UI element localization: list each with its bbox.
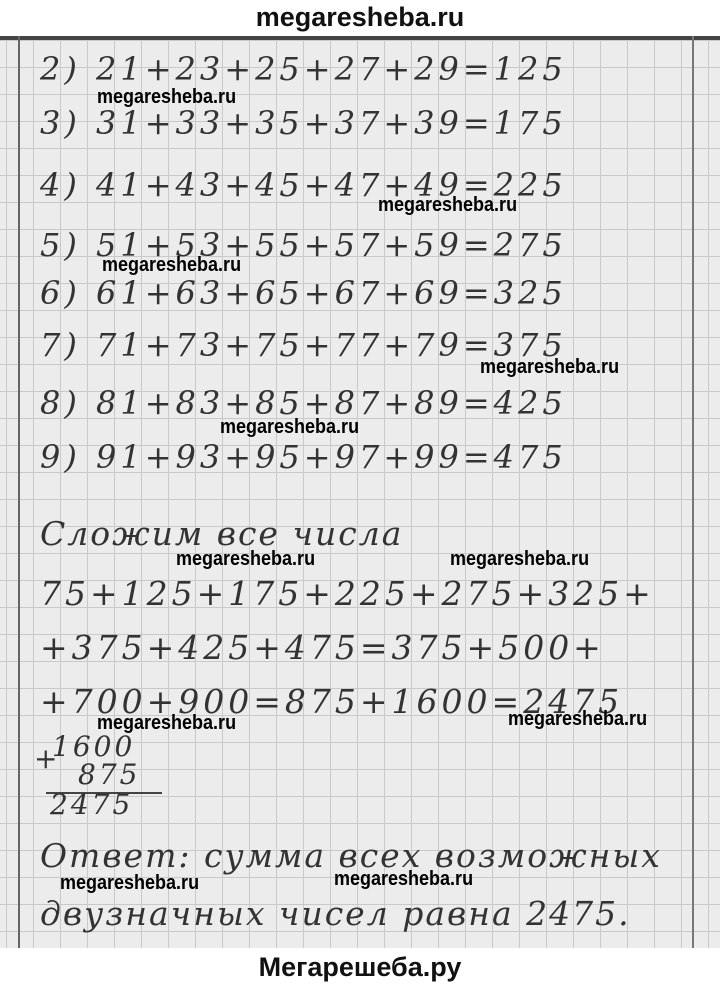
watermark: megaresheba.ru <box>220 416 359 439</box>
sum-line: 75+125+175+225+275+325+ <box>40 574 655 613</box>
left-margin-line <box>18 36 20 948</box>
watermark: megaresheba.ru <box>97 712 236 735</box>
site-header: megaresheba.ru <box>0 0 720 36</box>
site-footer: Мегарешеба.ру <box>0 948 720 987</box>
column-result: 2475 <box>50 788 133 821</box>
watermark: megaresheba.ru <box>378 194 517 217</box>
right-margin-line <box>692 36 694 948</box>
watermark: megaresheba.ru <box>102 254 241 277</box>
watermark: megaresheba.ru <box>97 86 236 109</box>
equation-line: 6)61+63+65+67+69=325 <box>40 274 567 312</box>
answer-line: двузначных чисел равна 2475. <box>40 894 631 933</box>
watermark: megaresheba.ru <box>60 872 199 895</box>
sum-line: +375+425+475=375+500+ <box>40 628 605 667</box>
page-top-edge <box>0 36 720 40</box>
watermark: megaresheba.ru <box>450 548 589 571</box>
watermark: megaresheba.ru <box>334 868 473 891</box>
equation-line: 3)31+33+35+37+39=175 <box>40 104 567 142</box>
column-operand-b: 875 <box>78 758 140 791</box>
notebook-page: 2)21+23+25+27+29=125 3)31+33+35+37+39=17… <box>0 36 720 948</box>
equation-line: 2)21+23+25+27+29=125 <box>40 50 567 88</box>
watermark: megaresheba.ru <box>508 708 647 731</box>
watermark: megaresheba.ru <box>480 356 619 379</box>
equation-line: 9)91+93+95+97+99=475 <box>40 438 567 476</box>
watermark: megaresheba.ru <box>176 548 315 571</box>
